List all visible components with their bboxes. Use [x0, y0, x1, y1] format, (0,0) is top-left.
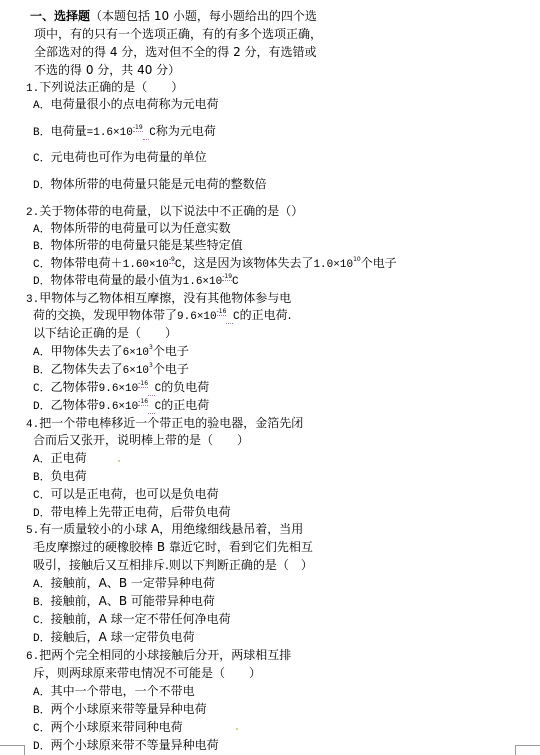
question-6-stem-line-1: 6.把两个完全相同的小球接触后分开，两球相互排 — [26, 647, 291, 665]
question-2-option-b: B．物体所带的电荷量只能是某些特定值 — [33, 237, 243, 255]
question-1-stem: 1.下列说法正确的是（ ） — [26, 79, 183, 97]
question-1-option-b: B．电荷量=1.6×10-19 C称为元电荷 — [33, 123, 216, 141]
section-intro-line-2: 项中，有的只有一个选项正确，有的有多个选项正确， — [34, 26, 322, 42]
question-4-option-d: D．带电棒上先带正电荷，后带负电荷 — [33, 504, 231, 522]
question-5-option-d: D．接触后，A 球一定带负电荷 — [33, 629, 195, 647]
section-intro-line-3: 全部选对的得 4 分，选对但不全的得 2 分，有选错或 — [34, 44, 317, 60]
question-5-stem-line-2: 毛皮摩擦过的硬橡胶棒 B 靠近它时，看到它们先相互 — [33, 539, 313, 555]
question-6-stem-line-2: 斥，则两球原来带电情况不可能是（ ） — [33, 665, 261, 681]
question-3-stem-line-2: 荷的交换，发现甲物体带了9.6×10-16 C的正电荷. — [33, 307, 291, 325]
question-1-option-c: C．元电荷也可作为电荷量的单位 — [33, 149, 207, 167]
question-5-option-b: B．接触前，A、B 可能带异种电荷 — [33, 593, 215, 611]
question-6-option-d: D．两个小球原来带不等量异种电荷 — [33, 737, 219, 755]
section-title: 一、选择题 — [30, 9, 90, 23]
section-intro-line-4: 不选的得 0 分，共 40 分） — [34, 62, 180, 78]
question-5-option-c: C．接触前，A 球一定不带任何净电荷 — [33, 611, 231, 629]
question-2-option-c: C．物体带电荷＋1.60×10-9C，这是因为该物体失去了1.0×1010个电子 — [33, 255, 397, 273]
question-1-option-d: D．物体所带的电荷量只能是元电荷的整数倍 — [33, 176, 267, 194]
question-3-stem-line-1: 3.甲物体与乙物体相互摩擦，没有其他物体参与电 — [26, 290, 291, 308]
question-6-option-c: C．两个小球原来带同种电荷 — [33, 719, 183, 737]
question-6-option-b: B．两个小球原来带等量异种电荷 — [33, 701, 207, 719]
question-3-option-c: C．乙物体带9.6×10-16 C的负电荷 — [33, 379, 209, 397]
question-5-option-a: A．接触前，A、B 一定带异种电荷 — [33, 575, 215, 593]
question-3-option-b: B．乙物体失去了6×103个电子 — [33, 361, 189, 379]
speck-mark — [236, 728, 238, 730]
question-4-option-c: C．可以是正电荷，也可以是负电荷 — [33, 486, 219, 504]
section-heading: 一、选择题（本题包括 10 小题，每小题给出的四个选 — [30, 8, 317, 24]
question-4-stem-line-1: 4.把一个带电棒移近一个带正电的验电器，金箔先闭 — [26, 415, 303, 433]
question-3-stem-line-3: 以下结论正确的是（ ） — [33, 325, 177, 341]
question-2-option-d: D．物体带电荷量的最小值为1.6×10-19C — [33, 272, 239, 290]
question-4-stem-line-2: 合而后又张开，说明棒上带的是（ ） — [33, 432, 249, 448]
speck-mark — [118, 460, 120, 462]
document-page: 一、选择题（本题包括 10 小题，每小题给出的四个选 项中，有的只有一个选项正确… — [0, 0, 540, 755]
section-intro-line-1: （本题包括 10 小题，每小题给出的四个选 — [90, 9, 317, 23]
question-6-option-a: A．其中一个带电，一个不带电 — [33, 683, 195, 701]
question-5-stem-line-1: 5.有一质量较小的小球 A，用绝缘细线悬吊着，当用 — [26, 521, 303, 539]
question-4-option-a: A．正电荷 — [33, 450, 87, 468]
question-1-option-a: A．电荷量很小的点电荷称为元电荷 — [33, 96, 219, 114]
question-4-option-b: B．负电荷 — [33, 468, 87, 486]
page-corner-mark-left — [0, 745, 25, 755]
question-5-stem-line-3: 吸引，接触后又互相排斥.则以下判断正确的是（ ） — [33, 557, 313, 573]
question-2-option-a: A．物体所带的电荷量可以为任意实数 — [33, 220, 231, 238]
page-corner-mark-right — [515, 745, 540, 755]
question-3-option-d: D．乙物体带9.6×10-16 C的正电荷 — [33, 397, 209, 415]
question-3-option-a: A．甲物体失去了6×103个电子 — [33, 343, 189, 361]
question-2-stem: 2.关于物体带的电荷量，以下说法中不正确的是（） — [26, 203, 303, 221]
